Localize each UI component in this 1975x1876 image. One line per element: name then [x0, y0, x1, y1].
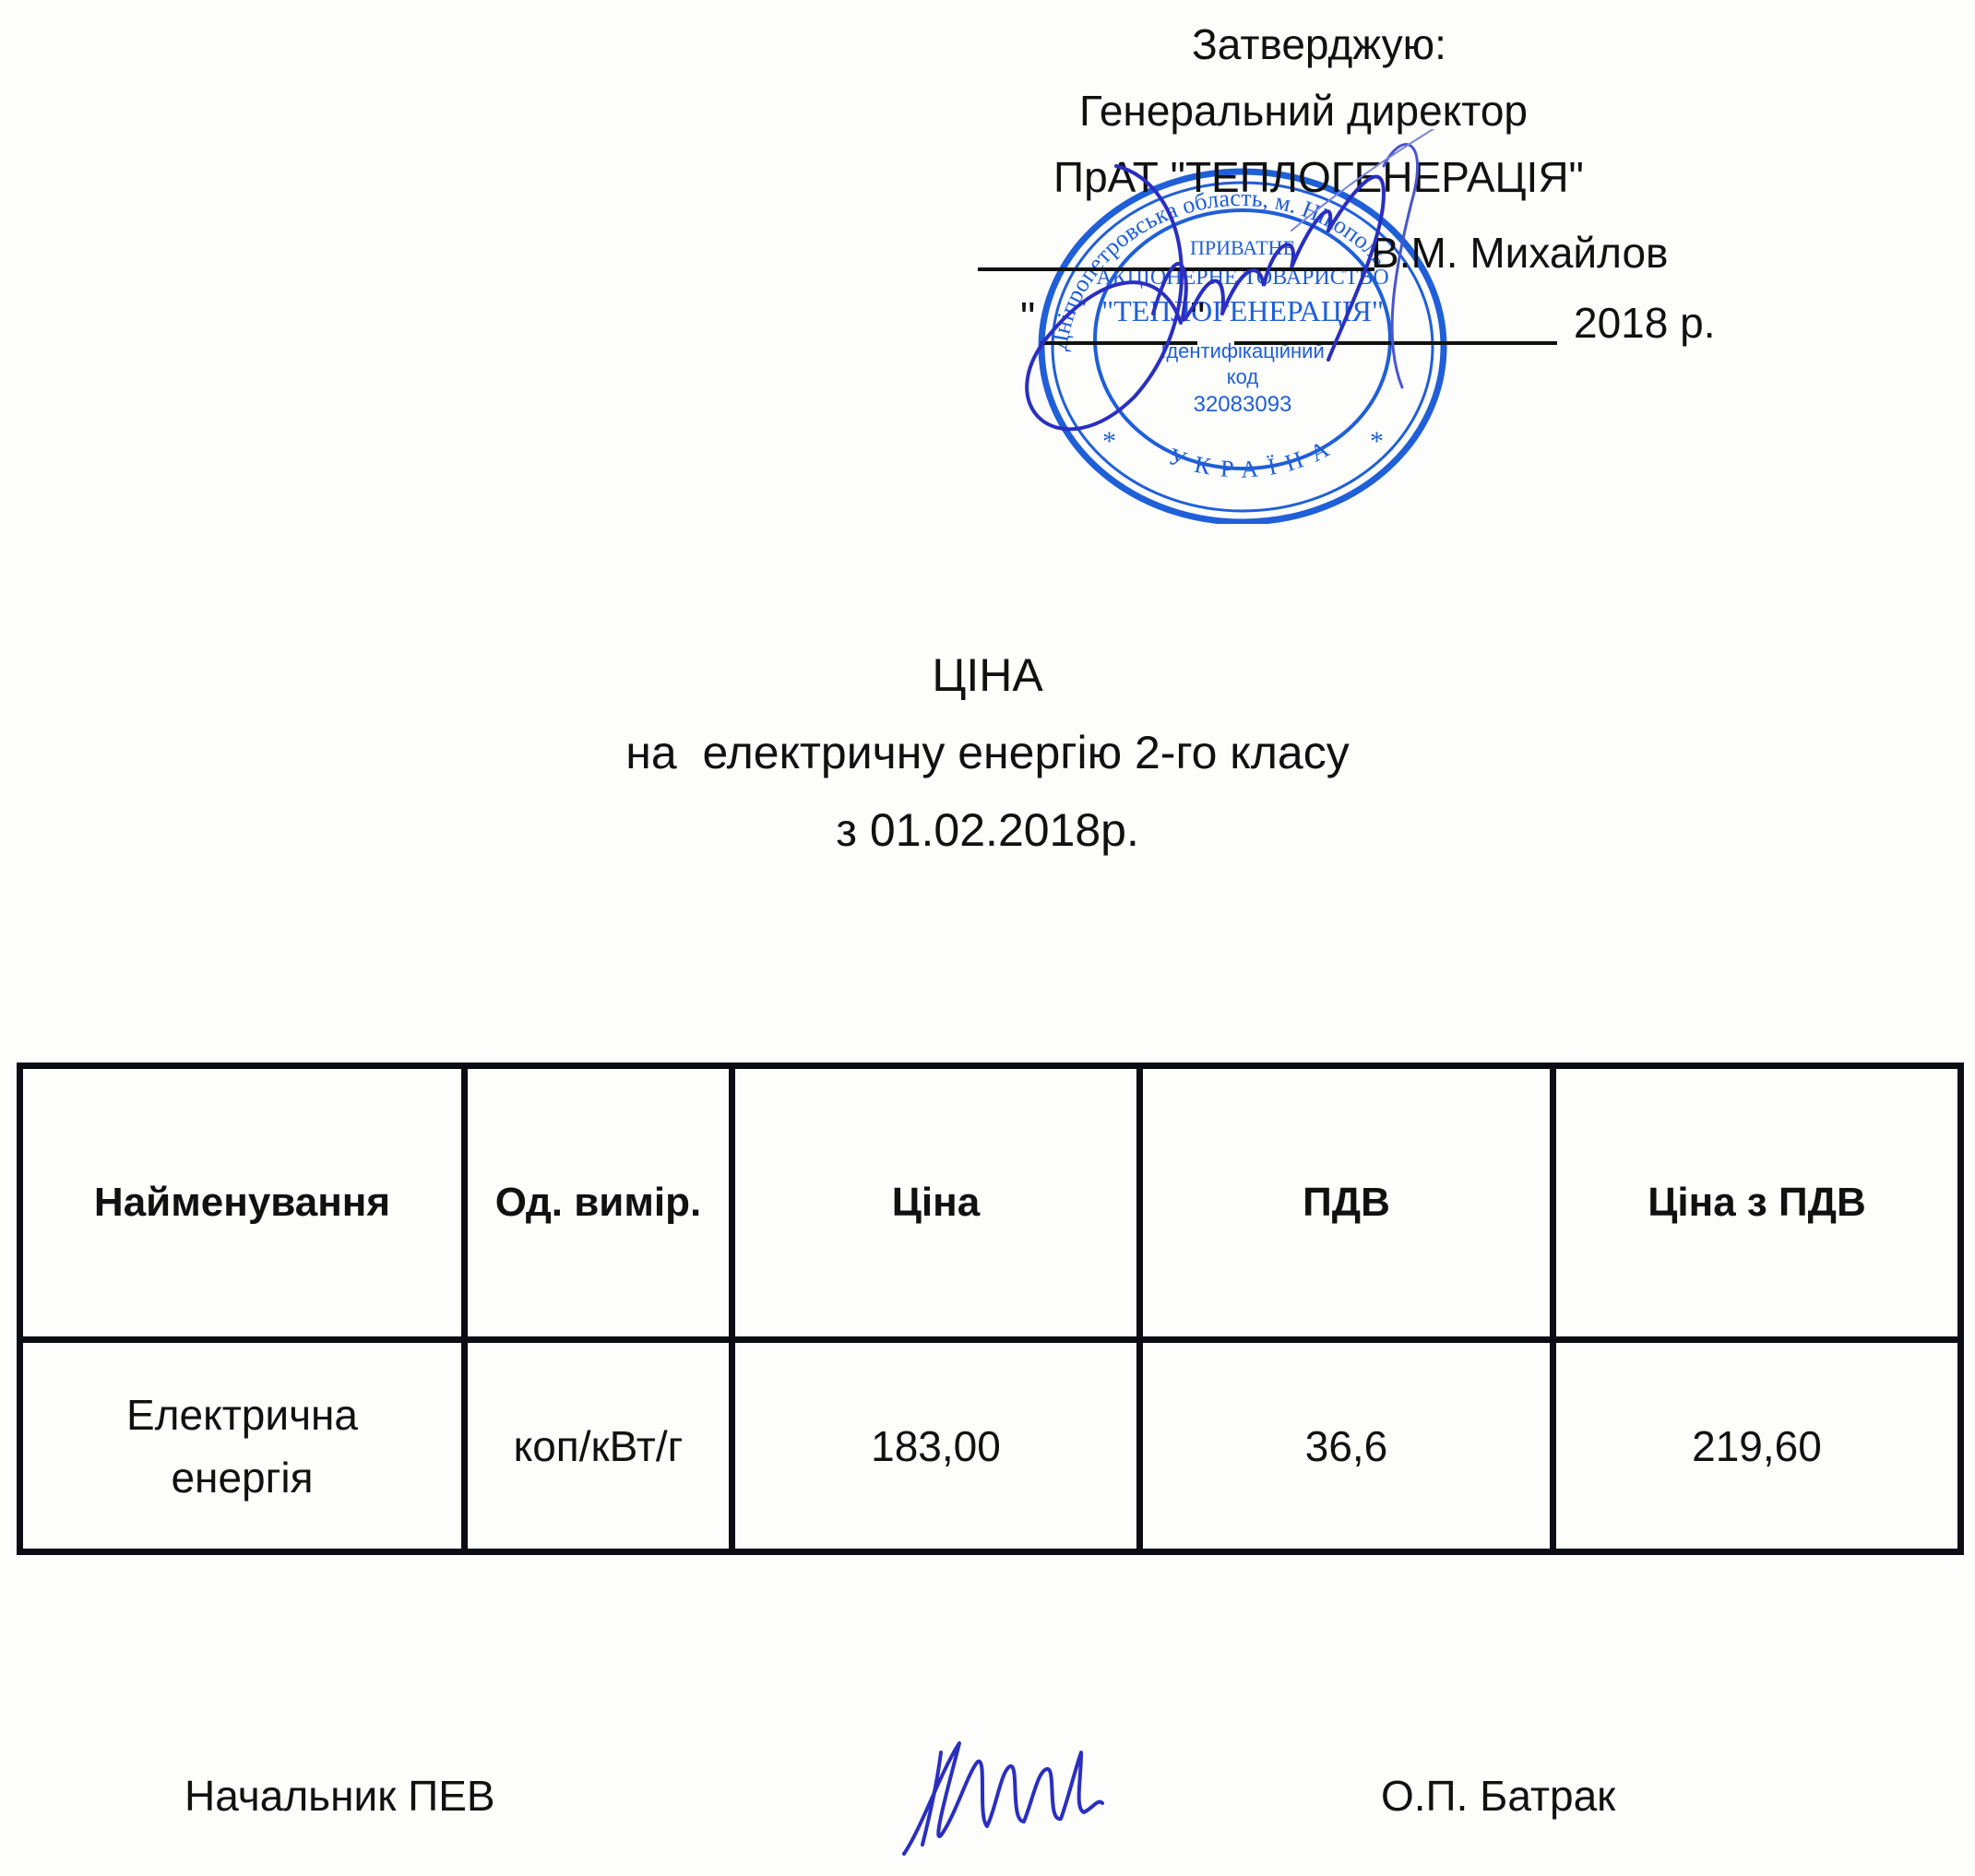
header-unit: Од. вимір.	[465, 1066, 732, 1340]
footer-name: О.П. Батрак	[1381, 1771, 1615, 1821]
table-header-row: Найменування Од. вимір. Ціна ПДВ Ціна з …	[20, 1066, 1961, 1340]
header-name: Найменування	[20, 1066, 465, 1340]
cell-name-line-2: енергія	[23, 1446, 461, 1509]
title-line-1: ЦІНА	[0, 636, 1975, 714]
title-line-2: на електричну енергію 2-го класу	[0, 714, 1975, 791]
cell-unit: коп/кВт/г	[465, 1340, 732, 1552]
cell-price: 183,00	[732, 1340, 1140, 1552]
price-table: Найменування Од. вимір. Ціна ПДВ Ціна з …	[17, 1063, 1964, 1555]
title-line-3: з 01.02.2018р.	[0, 791, 1975, 869]
cell-name-line-1: Електрична	[23, 1383, 461, 1446]
document-title: ЦІНА на електричну енергію 2-го класу з …	[0, 636, 1975, 869]
table-row: Електрична енергія коп/кВт/г 183,00 36,6…	[20, 1340, 1961, 1552]
cell-vat: 36,6	[1140, 1340, 1553, 1552]
header-vat: ПДВ	[1140, 1066, 1553, 1340]
header-price: Ціна	[732, 1066, 1140, 1340]
approve-label: Затверджую:	[1192, 17, 1446, 72]
cell-name: Електрична енергія	[20, 1340, 465, 1552]
approval-year: 2018 р.	[1574, 295, 1715, 350]
director-signature	[996, 129, 1513, 480]
header-price-with-vat: Ціна з ПДВ	[1553, 1066, 1961, 1340]
cell-price-with-vat: 219,60	[1553, 1340, 1961, 1552]
head-signature	[886, 1734, 1125, 1863]
footer-position: Начальник ПЕВ	[184, 1771, 495, 1821]
